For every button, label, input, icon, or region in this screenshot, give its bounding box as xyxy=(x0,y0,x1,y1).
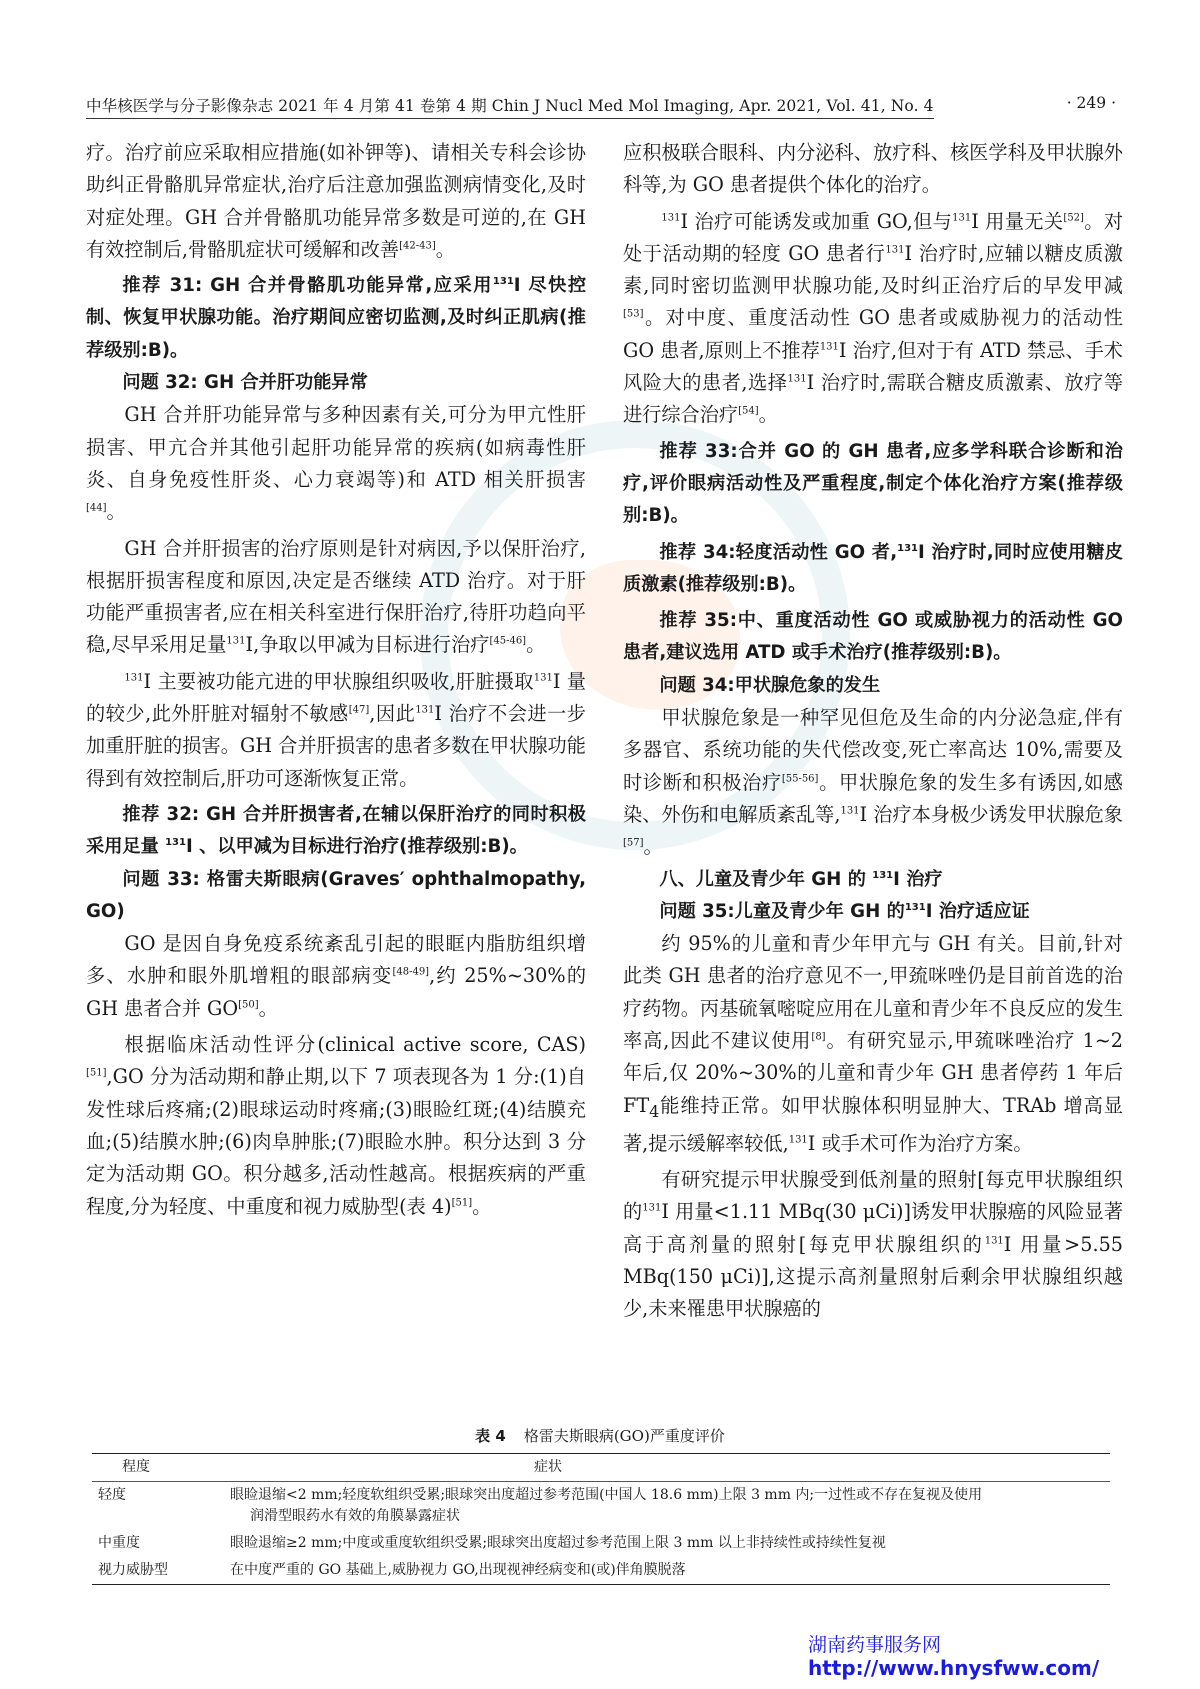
recommendation-33: 推荐 33:合并 GO 的 GH 患者,应多学科联合诊断和治疗,评价眼病活动性及… xyxy=(623,436,1123,533)
symptom-cell: 眼睑退缩≥2 mm;中度或重度软组织受累;眼球突出度超过参考范围上限 3 mm … xyxy=(224,1530,1110,1557)
symptom-cell: 在中度严重的 GO 基础上,威胁视力 GO,出现视神经病变和(或)伴角膜脱落 xyxy=(224,1557,1110,1585)
question-34-heading: 问题 34:甲状腺危象的发生 xyxy=(623,670,1123,702)
table-caption: 表 4格雷夫斯眼病(GO)严重度评价 xyxy=(0,1425,1200,1446)
page-number: · 249 · xyxy=(1067,94,1116,112)
paragraph: GH 合并肝损害的治疗原则是针对病因,予以保肝治疗,根据肝损害程度和原因,决定是… xyxy=(86,533,586,662)
symptom-cell: 眼睑退缩<2 mm;轻度软组织受累;眼球突出度超过参考范围(中国人 18.6 m… xyxy=(224,1482,1110,1531)
left-column: 疗。治疗前应采取相应措施(如补钾等)、请相关专科会诊协助纠正骨骼肌异常症状,治疗… xyxy=(86,137,586,1223)
recommendation-31: 推荐 31: GH 合并骨骼肌功能异常,应采用131I 尽快控制、恢复甲状腺功能… xyxy=(86,270,586,367)
column-header-grade: 程度 xyxy=(92,1454,224,1482)
paragraph: 根据临床活动性评分(clinical active score, CAS)[51… xyxy=(86,1029,586,1223)
right-column: 应积极联合眼科、内分泌科、放疗科、核医学科及甲状腺外科等,为 GO 患者提供个体… xyxy=(623,137,1123,1326)
journal-citation: 中华核医学与分子影像杂志 2021 年 4 月第 41 卷第 4 期 Chin … xyxy=(86,94,934,119)
question-33-heading: 问题 33: 格雷夫斯眼病(Graves′ ophthalmopathy, GO… xyxy=(86,864,586,929)
running-header: 中华核医学与分子影像杂志 2021 年 4 月第 41 卷第 4 期 Chin … xyxy=(86,94,1116,122)
table-row: 轻度 眼睑退缩<2 mm;轻度软组织受累;眼球突出度超过参考范围(中国人 18.… xyxy=(92,1482,1110,1531)
table-row: 视力威胁型 在中度严重的 GO 基础上,威胁视力 GO,出现视神经病变和(或)伴… xyxy=(92,1557,1110,1585)
paragraph: GH 合并肝功能异常与多种因素有关,可分为甲亢性肝损害、甲亢合并其他引起肝功能异… xyxy=(86,399,586,528)
question-35-heading: 问题 35:儿童及青少年 GH 的131I 治疗适应证 xyxy=(623,896,1123,928)
paragraph: GO 是因自身免疫系统紊乱引起的眼眶内脂肪组织增多、水肿和眼外肌增粗的眼部病变[… xyxy=(86,928,586,1025)
table-title: 格雷夫斯眼病(GO)严重度评价 xyxy=(524,1427,725,1445)
table-header-row: 程度 症状 xyxy=(92,1454,1110,1482)
grade-cell: 中重度 xyxy=(92,1530,224,1557)
site-url-link[interactable]: http://www.hnysfww.com/ xyxy=(808,1656,1099,1680)
table-number: 表 4 xyxy=(475,1427,506,1445)
question-32-heading: 问题 32: GH 合并肝功能异常 xyxy=(86,367,586,399)
site-name: 湖南药事服务网 xyxy=(808,1634,1099,1656)
grade-cell: 视力威胁型 xyxy=(92,1557,224,1585)
go-severity-table: 程度 症状 轻度 眼睑退缩<2 mm;轻度软组织受累;眼球突出度超过参考范围(中… xyxy=(92,1453,1110,1585)
recommendation-34: 推荐 34:轻度活动性 GO 者,131I 治疗时,同时应使用糖皮质激素(推荐级… xyxy=(623,537,1123,602)
paragraph: 有研究提示甲状腺受到低剂量的照射[每克甲状腺组织的131I 用量<1.11 MB… xyxy=(623,1164,1123,1325)
paragraph: 约 95%的儿童和青少年甲亢与 GH 有关。目前,针对此类 GH 患者的治疗意见… xyxy=(623,928,1123,1160)
recommendation-32: 推荐 32: GH 合并肝损害者,在辅以保肝治疗的同时积极采用足量 131I 、… xyxy=(86,799,586,864)
column-header-symptoms: 症状 xyxy=(224,1454,1110,1482)
paragraph: 131I 主要被功能亢进的甲状腺组织吸收,肝脏摄取131I 量的较少,此外肝脏对… xyxy=(86,666,586,795)
paragraph: 甲状腺危象是一种罕见但危及生命的内分泌急症,伴有多器官、系统功能的失代偿改变,死… xyxy=(623,702,1123,863)
grade-cell: 轻度 xyxy=(92,1482,224,1531)
section-8-heading: 八、儿童及青少年 GH 的 131I 治疗 xyxy=(623,864,1123,896)
paragraph: 应积极联合眼科、内分泌科、放疗科、核医学科及甲状腺外科等,为 GO 患者提供个体… xyxy=(623,137,1123,202)
site-watermark: 湖南药事服务网 http://www.hnysfww.com/ xyxy=(808,1634,1099,1680)
recommendation-35: 推荐 35:中、重度活动性 GO 或威胁视力的活动性 GO 患者,建议选用 AT… xyxy=(623,605,1123,670)
paragraph: 131I 治疗可能诱发或加重 GO,但与131I 用量无关[52]。对处于活动期… xyxy=(623,206,1123,432)
table-row: 中重度 眼睑退缩≥2 mm;中度或重度软组织受累;眼球突出度超过参考范围上限 3… xyxy=(92,1530,1110,1557)
paragraph: 疗。治疗前应采取相应措施(如补钾等)、请相关专科会诊协助纠正骨骼肌异常症状,治疗… xyxy=(86,137,586,266)
